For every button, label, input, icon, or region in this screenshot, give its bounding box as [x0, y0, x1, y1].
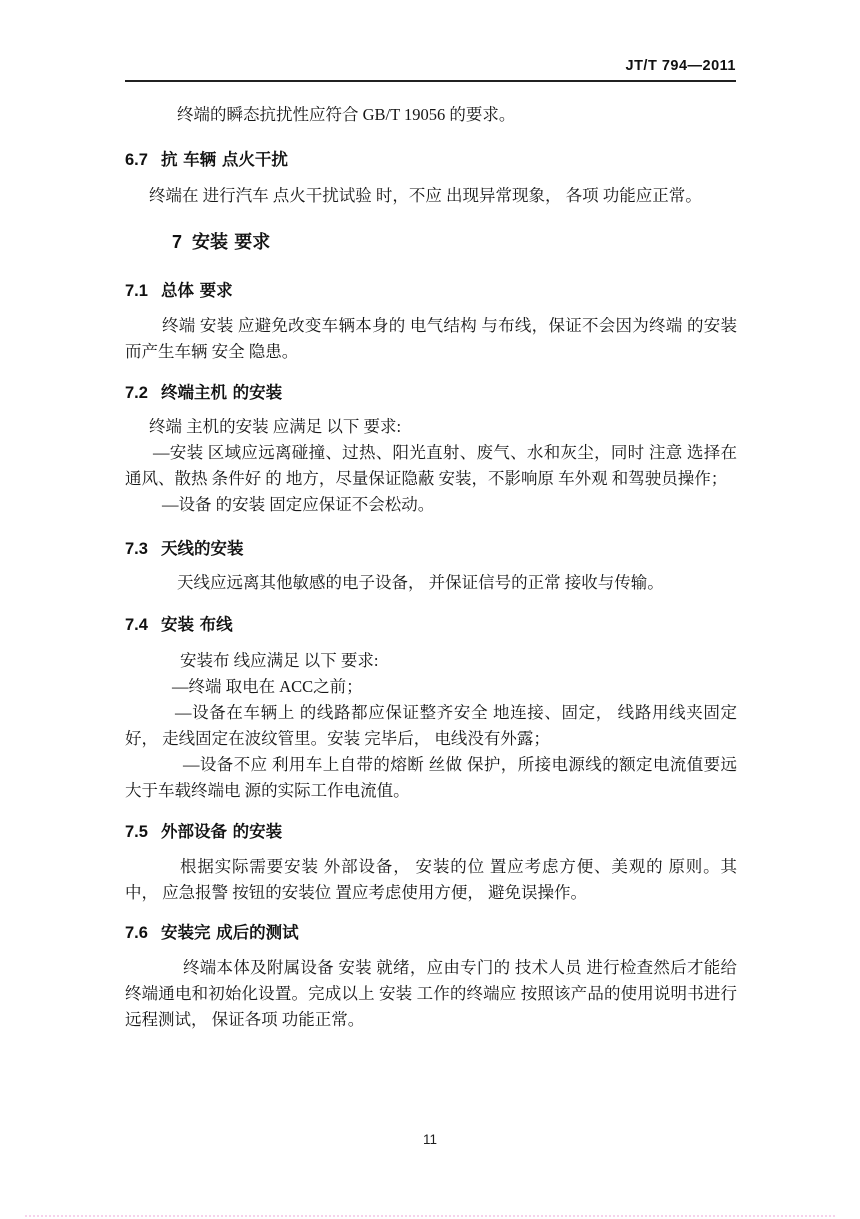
heading-number: 7.6 — [125, 921, 148, 945]
list-item-acc-power: —终端 取电在 ACC之前； — [125, 674, 737, 700]
heading-7-5: 7.5外部设备 的安装 — [125, 820, 737, 844]
heading-7-1: 7.1总体 要求 — [125, 279, 737, 303]
heading-title: 总体 要求 — [161, 281, 233, 300]
heading-title: 天线的安装 — [161, 539, 244, 558]
document-content: 终端的瞬态抗扰性应符合 GB/T 19056 的要求。 6.7抗 车辆 点火干扰… — [125, 98, 737, 1033]
scan-edge-line — [25, 1215, 835, 1217]
header-rule — [125, 80, 736, 82]
paragraph-wiring-intro: 安装布 线应满足 以下 要求: — [125, 648, 737, 674]
heading-title: 终端主机 的安装 — [161, 383, 282, 402]
heading-title: 安装 要求 — [192, 232, 270, 253]
heading-number: 7 — [172, 230, 182, 254]
heading-7-2: 7.2终端主机 的安装 — [125, 381, 737, 405]
paragraph-general-requirements: 终端 安装 应避免改变车辆本身的 电气结构 与布线，保证不会因为终端 的安装而产… — [125, 313, 737, 365]
heading-title: 安装 布线 — [161, 615, 233, 634]
heading-chapter-7: 7安装 要求 — [125, 230, 737, 255]
paragraph-ignition-test: 终端在 进行汽车 点火干扰试验 时，不应 出现异常现象， 各项 功能应正常。 — [125, 183, 737, 209]
heading-title: 安装完 成后的测试 — [161, 923, 299, 942]
header-doc-number: JT/T 794—2011 — [626, 58, 737, 74]
heading-title: 外部设备 的安装 — [161, 822, 282, 841]
paragraph-transient-immunity: 终端的瞬态抗扰性应符合 GB/T 19056 的要求。 — [125, 102, 737, 128]
document-page: JT/T 794—2011 终端的瞬态抗扰性应符合 GB/T 19056 的要求… — [0, 0, 860, 1219]
heading-title: 抗 车辆 点火干扰 — [161, 150, 288, 169]
heading-7-4: 7.4安装 布线 — [125, 613, 737, 637]
page-number: 11 — [0, 1132, 860, 1147]
heading-number: 7.3 — [125, 537, 148, 561]
list-item-fixed-mount: —设备 的安装 固定应保证不会松动。 — [125, 492, 737, 518]
paragraph-antenna: 天线应远离其他敏感的电子设备， 并保证信号的正常 接收与传输。 — [125, 570, 737, 596]
heading-number: 7.2 — [125, 381, 148, 405]
heading-number: 7.1 — [125, 279, 148, 303]
heading-6-7: 6.7抗 车辆 点火干扰 — [125, 148, 737, 172]
heading-number: 6.7 — [125, 148, 148, 172]
paragraph-post-install-test: 终端本体及附属设备 安装 就绪，应由专门的 技术人员 进行检查然后才能给终端通电… — [125, 955, 737, 1033]
heading-number: 7.5 — [125, 820, 148, 844]
heading-number: 7.4 — [125, 613, 148, 637]
list-item-fuse-protection: —设备不应 利用车上自带的熔断 丝做 保护，所接电源线的额定电流值要远大于车载终… — [125, 752, 737, 804]
paragraph-external-devices: 根据实际需要安装 外部设备， 安装的位 置应考虑方便、美观的 原则。其中， 应急… — [125, 854, 737, 906]
list-item-install-area: —安装 区域应远离碰撞、过热、阳光直射、废气、水和灰尘，同时 注意 选择在通风、… — [125, 440, 737, 492]
paragraph-host-install-intro: 终端 主机的安装 应满足 以下 要求: — [125, 414, 737, 440]
list-item-cable-fixing: —设备在车辆上 的线路都应保证整齐安全 地连接、固定， 线路用线夹固定好， 走线… — [125, 700, 737, 752]
heading-7-3: 7.3天线的安装 — [125, 537, 737, 561]
heading-7-6: 7.6安装完 成后的测试 — [125, 921, 737, 945]
